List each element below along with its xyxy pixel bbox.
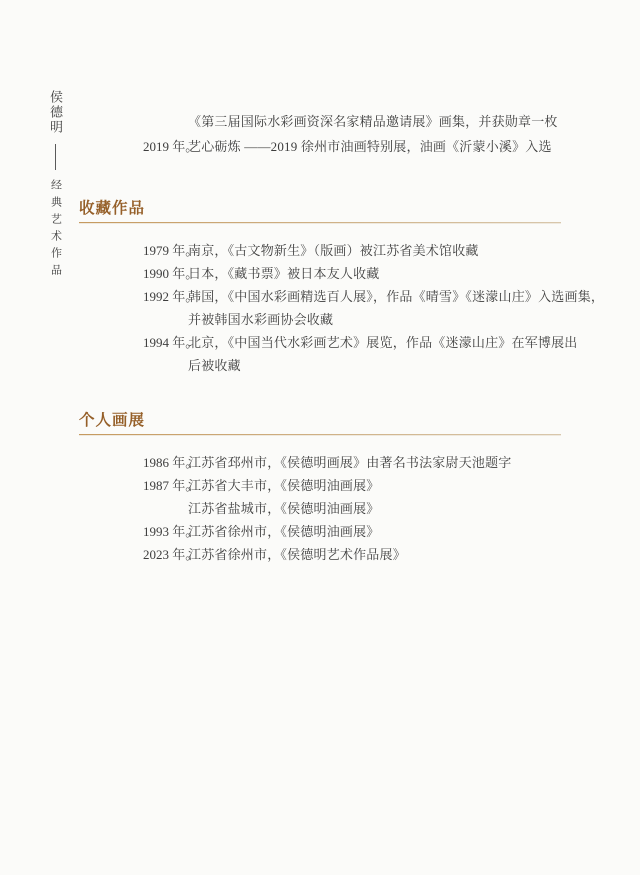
collected-works-list: 1979 年。 南京，《古文物新生》（版画）被江苏省美术馆收藏 1990 年。 …: [143, 239, 561, 377]
timeline-item: 1986 年。 江苏省邳州市，《侯德明画展》由著名书法家尉天池题字: [143, 451, 561, 474]
item-text: 江苏省邳州市，《侯德明画展》由著名书法家尉天池题字: [188, 451, 512, 474]
timeline-item: 1990 年。 日本，《藏书票》被日本友人收藏: [143, 262, 561, 285]
timeline-item: 1994 年。 北京，《中国当代水彩画艺术》展览，作品《迷濛山庄》在军博展出: [143, 331, 561, 354]
section-collected-works: 收藏作品 1979 年。 南京，《古文物新生》（版画）被江苏省美术馆收藏 199…: [79, 199, 561, 377]
year-label: 1994 年。: [143, 331, 188, 354]
series-subtitle-vertical: 经典艺术作品: [48, 179, 64, 281]
artist-name-vertical: 侯德明: [46, 90, 65, 135]
year-label: 1987 年。: [143, 474, 188, 497]
section-solo-exhibitions: 个人画展 1986 年。 江苏省邳州市，《侯德明画展》由著名书法家尉天池题字 1…: [79, 411, 561, 566]
item-text: 日本，《藏书票》被日本友人收藏: [188, 262, 380, 285]
timeline-item-continuation: 江苏省盐城市，《侯德明油画展》: [143, 497, 561, 520]
side-title: 侯德明 经典艺术作品: [46, 90, 65, 281]
timeline-item-continuation: 并被韩国水彩画协会收藏: [143, 308, 561, 331]
line-text: 艺心砺炼 ——2019 徐州市油画特别展，油画《沂蒙小溪》入选: [188, 134, 552, 159]
timeline-item-continuation: 后被收藏: [143, 354, 561, 377]
year-label: 2023 年。: [143, 543, 188, 566]
vertical-dash: [55, 144, 56, 170]
year-label: 1990 年。: [143, 262, 188, 285]
document-page: 侯德明 经典艺术作品 《第三届国际水彩画资深名家精品邀请展》画集，并获勋章一枚 …: [0, 0, 640, 875]
section-title: 收藏作品: [79, 199, 561, 219]
section-title: 个人画展: [79, 411, 561, 431]
text-line: 2019 年。 艺心砺炼 ——2019 徐州市油画特别展，油画《沂蒙小溪》入选: [143, 134, 558, 159]
item-text: 江苏省徐州市，《侯德明油画展》: [188, 520, 380, 543]
year-label: 1986 年。: [143, 451, 188, 474]
section-rule: [79, 434, 561, 435]
year-label: 1979 年。: [143, 239, 188, 262]
section-rule: [79, 222, 561, 223]
item-text: 江苏省盐城市，《侯德明油画展》: [188, 497, 380, 520]
line-text: 《第三届国际水彩画资深名家精品邀请展》画集，并获勋章一枚: [188, 109, 558, 134]
timeline-item: 2023 年。 江苏省徐州市，《侯德明艺术作品展》: [143, 543, 561, 566]
item-text: 韩国，《中国水彩画精选百人展》，作品《晴雪》《迷濛山庄》入选画集，: [188, 285, 604, 308]
year-label: 1992 年。: [143, 285, 188, 308]
item-text: 后被收藏: [188, 354, 241, 377]
timeline-item: 1993 年。 江苏省徐州市，《侯德明油画展》: [143, 520, 561, 543]
item-text: 南京，《古文物新生》（版画）被江苏省美术馆收藏: [188, 239, 479, 262]
top-continuation-block: 《第三届国际水彩画资深名家精品邀请展》画集，并获勋章一枚 2019 年。 艺心砺…: [143, 109, 558, 159]
year-label: 2019 年。: [143, 134, 188, 159]
year-label: 1993 年。: [143, 520, 188, 543]
solo-exhibitions-list: 1986 年。 江苏省邳州市，《侯德明画展》由著名书法家尉天池题字 1987 年…: [143, 451, 561, 566]
timeline-item: 1992 年。 韩国，《中国水彩画精选百人展》，作品《晴雪》《迷濛山庄》入选画集…: [143, 285, 561, 308]
timeline-item: 1979 年。 南京，《古文物新生》（版画）被江苏省美术馆收藏: [143, 239, 561, 262]
text-line: 《第三届国际水彩画资深名家精品邀请展》画集，并获勋章一枚: [143, 109, 558, 134]
item-text: 江苏省大丰市，《侯德明油画展》: [188, 474, 380, 497]
timeline-item: 1987 年。 江苏省大丰市，《侯德明油画展》: [143, 474, 561, 497]
item-text: 北京，《中国当代水彩画艺术》展览，作品《迷濛山庄》在军博展出: [188, 331, 578, 354]
item-text: 江苏省徐州市，《侯德明艺术作品展》: [188, 543, 406, 566]
item-text: 并被韩国水彩画协会收藏: [188, 308, 333, 331]
